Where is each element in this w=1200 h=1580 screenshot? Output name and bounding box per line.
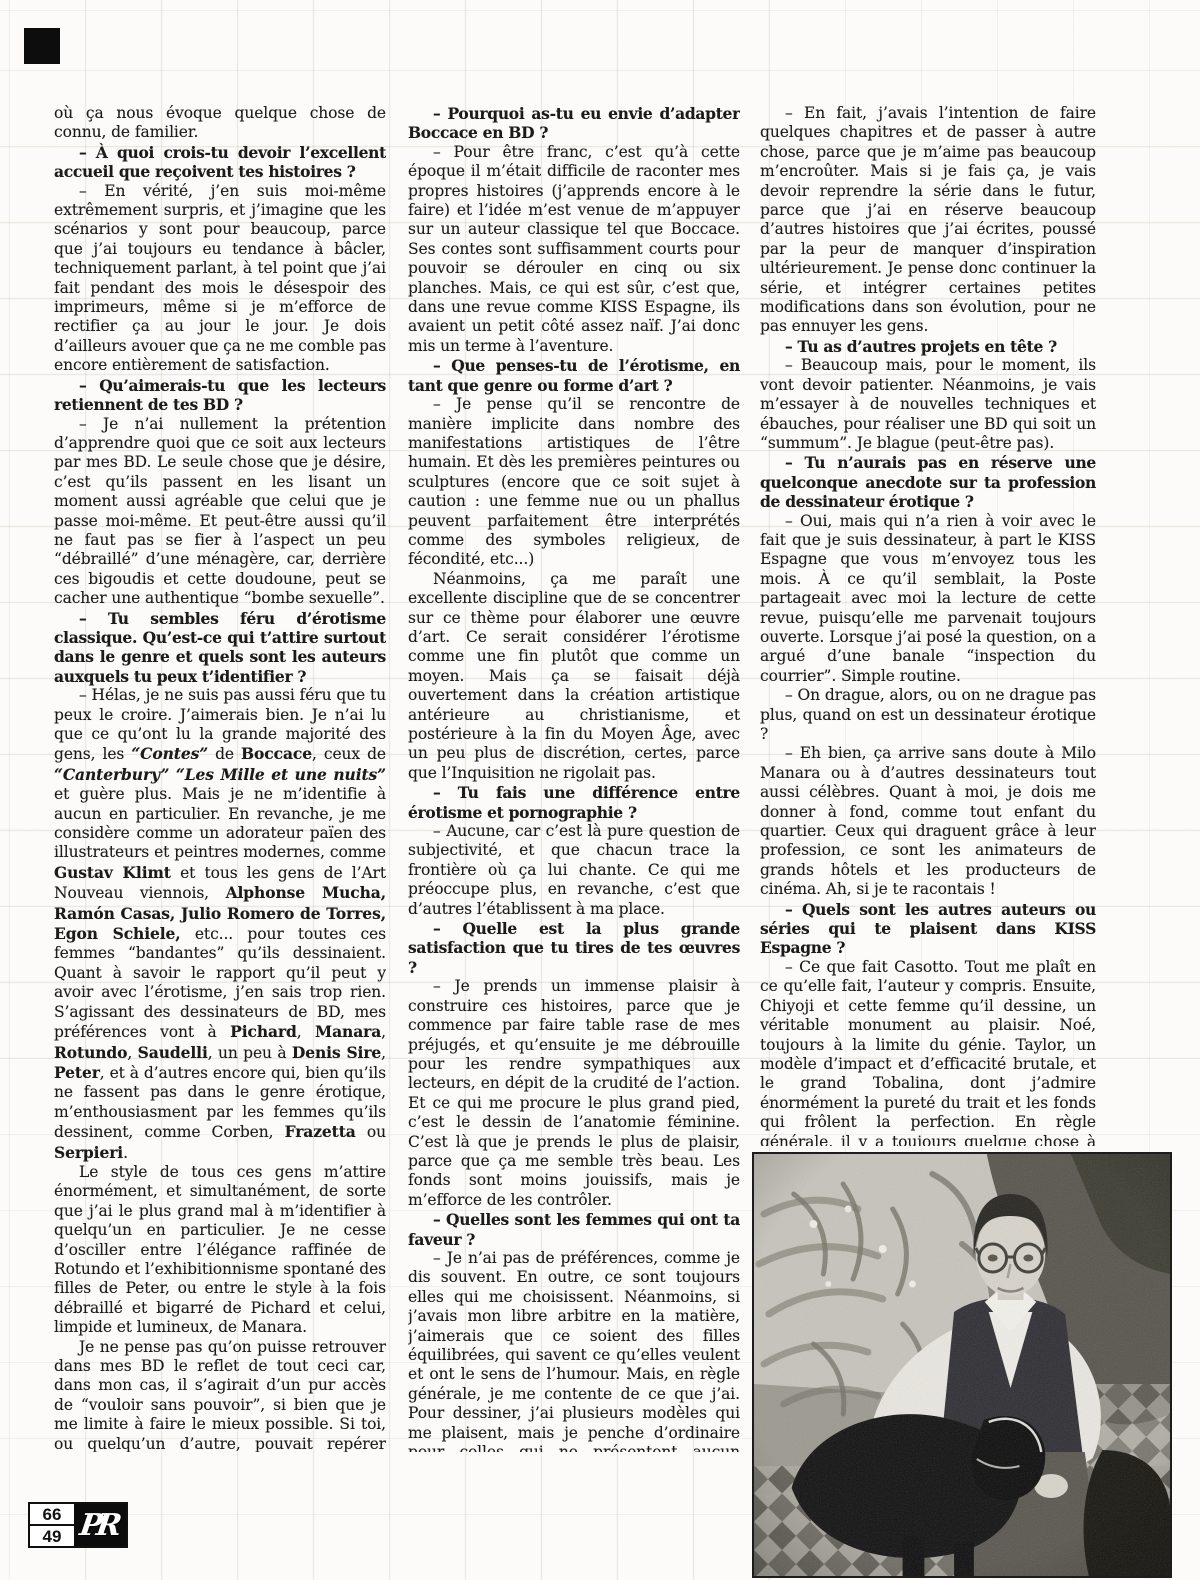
answer-paragraph: – Beaucoup mais, pour le moment, ils von…: [760, 356, 1096, 453]
page-number-cells: 66 49: [30, 1504, 74, 1546]
answer-paragraph: – Aucune, car c’est là pure question de …: [408, 822, 740, 919]
answer-paragraph: – Je n’ai pas de préférences, comme je d…: [408, 1249, 740, 1452]
answer-paragraph: – En fait, j’avais l’intention de faire …: [760, 104, 1096, 337]
question-paragraph: – Tu n’aurais pas en réserve une quelcon…: [760, 453, 1096, 511]
question-paragraph: – Tu sembles féru d’érotisme classique. …: [54, 609, 386, 687]
article-column-3: – En fait, j’avais l’intention de faire …: [760, 104, 1096, 1146]
answer-paragraph: – Je n’ai nullement la prétention d’appr…: [54, 415, 386, 609]
answer-paragraph: – En vérité, j’en suis moi-même extrêmem…: [54, 182, 386, 376]
question-paragraph: – Quelles sont les femmes qui ont ta fav…: [408, 1210, 740, 1249]
magazine-logo-letters: PR: [77, 1508, 122, 1543]
answer-paragraph: – On drague, alors, ou on ne drague pas …: [760, 686, 1096, 744]
photo-grain: [754, 1154, 1170, 1576]
answer-paragraph: – Eh bien, ça arrive sans doute à Milo M…: [760, 744, 1096, 899]
question-paragraph: – Quelle est la plus grande satisfaction…: [408, 919, 740, 977]
photo-illustration: [754, 1154, 1170, 1576]
question-paragraph: – À quoi crois-tu devoir l’excellent acc…: [54, 143, 386, 182]
answer-paragraph: – Ce que fait Casotto. Tout me plaît en …: [760, 958, 1096, 1146]
question-paragraph: – Que penses-tu de l’érotisme, en tant q…: [408, 356, 740, 395]
answer-paragraph: – Je prends un immense plaisir à constru…: [408, 977, 740, 1210]
answer-paragraph: Le style de tous ces gens m’attire énorm…: [54, 1163, 386, 1338]
answer-paragraph: – Pour être franc, c’est qu’à cette époq…: [408, 143, 740, 356]
answer-paragraph: – Oui, mais qui n’a rien à voir avec le …: [760, 512, 1096, 687]
photo-man-with-dog: [752, 1152, 1172, 1578]
answer-paragraph: où ça nous évoque quelque chose de connu…: [54, 104, 386, 143]
question-paragraph: – Qu’aimerais-tu que les lecteurs retien…: [54, 376, 386, 415]
corner-mark: [24, 28, 60, 64]
page-number-box: 66 49 PR: [28, 1502, 128, 1548]
article-column-1: où ça nous évoque quelque chose de connu…: [54, 104, 386, 1452]
question-paragraph: – Quels sont les autres auteurs ou série…: [760, 900, 1096, 958]
page-number-bottom: 49: [30, 1526, 74, 1546]
question-paragraph: – Pourquoi as-tu eu envie d’adapter Bocc…: [408, 104, 740, 143]
question-paragraph: – Tu as d’autres projets en tête ?: [760, 337, 1096, 356]
magazine-logo: PR: [74, 1504, 126, 1546]
magazine-page: où ça nous évoque quelque chose de connu…: [0, 0, 1200, 1580]
answer-paragraph: Je ne pense pas qu’on puisse retrouver d…: [54, 1338, 386, 1452]
question-paragraph: – Tu fais une différence entre érotisme …: [408, 783, 740, 822]
answer-paragraph: – Hélas, je ne suis pas aussi féru que t…: [54, 686, 386, 1163]
answer-paragraph: Néanmoins, ça me paraît une excellente d…: [408, 570, 740, 783]
article-column-2: – Pourquoi as-tu eu envie d’adapter Bocc…: [408, 104, 740, 1452]
page-number-top: 66: [30, 1504, 74, 1526]
answer-paragraph: – Je pense qu’il se rencontre de manière…: [408, 395, 740, 570]
